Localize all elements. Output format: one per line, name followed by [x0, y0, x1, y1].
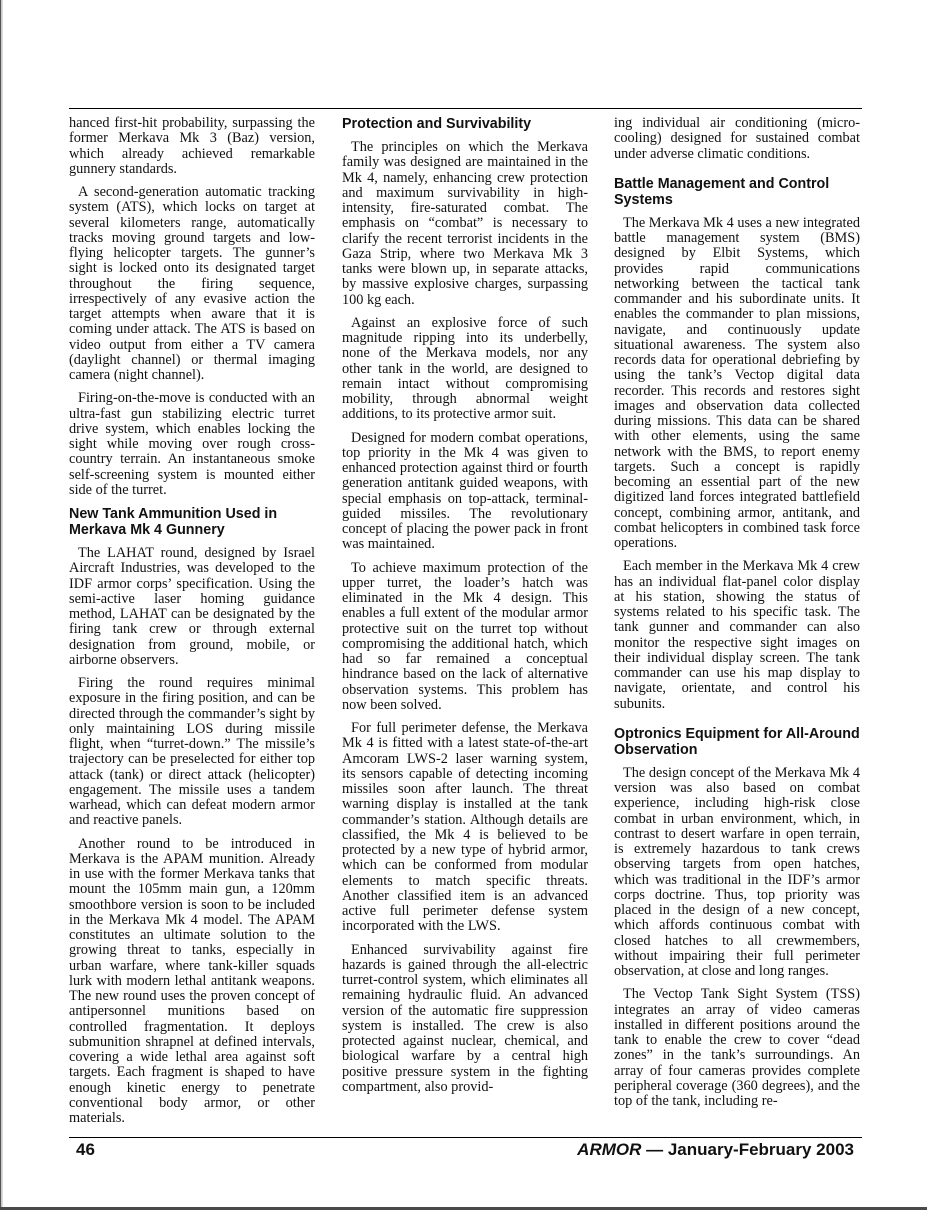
paragraph: The principles on which the Merkava fami…	[342, 140, 588, 308]
publication-separator: —	[641, 1140, 667, 1159]
paragraph: The Vectop Tank Sight System (TSS) integ…	[614, 987, 860, 1109]
paragraph: Another round to be introduced in Merkav…	[69, 837, 315, 1127]
publication-line: ARMOR — January-February 2003	[577, 1140, 854, 1160]
paragraph: Firing-on-the-move is conducted with an …	[69, 391, 315, 498]
section-heading-battle-management: Battle Management and Control Systems	[614, 176, 860, 208]
paragraph: For full perimeter defense, the Merkava …	[342, 721, 588, 935]
footer-rule	[69, 1137, 862, 1138]
paragraph: Designed for modern combat operations, t…	[342, 431, 588, 553]
column-3: ing individual air conditioning (micro-c…	[614, 116, 860, 1128]
paragraph: The LAHAT round, designed by Israel Airc…	[69, 546, 315, 668]
paragraph: Each member in the Merkava Mk 4 crew has…	[614, 559, 860, 712]
page-left-edge	[0, 0, 3, 1210]
paragraph: A second-generation automatic tracking s…	[69, 185, 315, 383]
page-number: 46	[76, 1140, 95, 1160]
article-body: hanced first-hit probability, surpassing…	[69, 116, 862, 1128]
paragraph: Enhanced survivability against fire haza…	[342, 943, 588, 1096]
publication-issue: January-February 2003	[668, 1140, 854, 1159]
paragraph: The design concept of the Merkava Mk 4 v…	[614, 766, 860, 980]
column-1: hanced first-hit probability, surpassing…	[69, 116, 315, 1128]
paragraph: Against an explosive force of such magni…	[342, 316, 588, 423]
section-heading-new-tank-ammunition: New Tank Ammunition Used in Merkava Mk 4…	[69, 506, 315, 538]
paragraph: ing individual air conditioning (micro-c…	[614, 116, 860, 162]
paragraph: Firing the round requires minimal exposu…	[69, 676, 315, 829]
header-rule	[69, 108, 862, 109]
section-heading-protection-survivability: Protection and Survivability	[342, 116, 588, 132]
paragraph: hanced first-hit probability, surpassing…	[69, 116, 315, 177]
section-heading-optronics: Optronics Equipment for All-Around Obser…	[614, 726, 860, 758]
publication-title: ARMOR	[577, 1140, 641, 1159]
column-2: Protection and Survivability The princip…	[342, 116, 588, 1128]
paragraph: To achieve maximum protection of the upp…	[342, 561, 588, 714]
paragraph: The Merkava Mk 4 uses a new integrated b…	[614, 216, 860, 552]
page-footer: 46 ARMOR — January-February 2003	[69, 1140, 862, 1162]
